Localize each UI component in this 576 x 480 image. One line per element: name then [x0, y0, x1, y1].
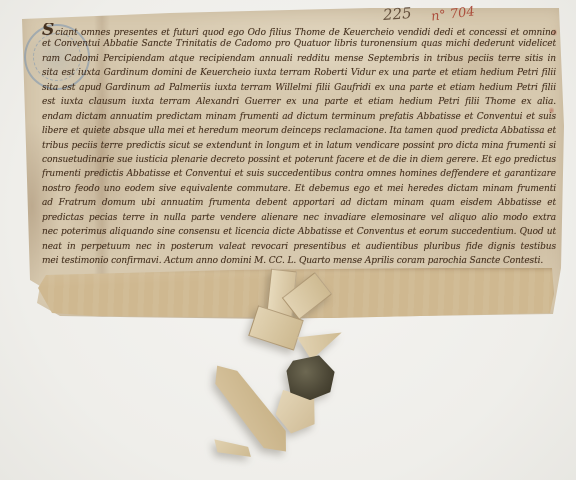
wax-seal-fragment: [286, 354, 337, 401]
manuscript-line: mei testimonio confirmavi. Actum anno do…: [42, 254, 556, 268]
manuscript-line: Sciant omnes presentes et futuri quod eg…: [42, 23, 556, 37]
manuscript-line: consuetudinarie sue iusticia plenarie de…: [42, 153, 556, 167]
manuscript-text-block: Sciant omnes presentes et futuri quod eg…: [42, 23, 556, 268]
manuscript-line: frumenti predictis Abbatisse et Conventu…: [42, 167, 556, 181]
manuscript-line: libere et quiete absque ulla mei et here…: [42, 124, 556, 138]
seal-tag-strip: [273, 389, 318, 436]
manuscript-line-text: mei testimonio confirmavi. Actum anno do…: [42, 256, 543, 266]
manuscript-line: neat in perpetuum nec in posterum valeat…: [42, 240, 556, 254]
manuscript-line: sita est apud Gardinum ad Palmeriis iuxt…: [42, 81, 556, 95]
seal-tag-strip: [206, 357, 296, 461]
manuscript-line: predictas pecias terre in nulla parte ve…: [42, 211, 556, 225]
seal-tag-strip: [297, 324, 347, 362]
photo-background: 225 n° 704 Sciant omnes presentes et fut…: [0, 0, 576, 480]
manuscript-line: ad Fratrum domum ubi annuatim frumenta d…: [42, 196, 556, 210]
manuscript-line: endam dictam annuatim predictam minam fr…: [42, 110, 556, 124]
manuscript-line: nec poterimus aliquando sine consensu et…: [42, 225, 556, 239]
manuscript-line: nostro feodo uno eodem sive equivalente …: [42, 182, 556, 196]
plica-fold: [34, 266, 556, 322]
manuscript-line: sita est iuxta Gardinum domini de Keuerc…: [42, 66, 556, 80]
manuscript-line: tribus peciis terre predictis sicut se e…: [42, 139, 556, 153]
manuscript-line: et Conventui Abbatie Sancte Trinitatis d…: [42, 37, 556, 51]
seal-tag-strip: [209, 429, 254, 470]
manuscript-line: est iuxta clausum iuxta terram Alexandri…: [42, 95, 556, 109]
manuscript-line: ram Cadomi Percipiendam atque recipienda…: [42, 52, 556, 66]
shelfmark-number: 225: [382, 4, 412, 24]
